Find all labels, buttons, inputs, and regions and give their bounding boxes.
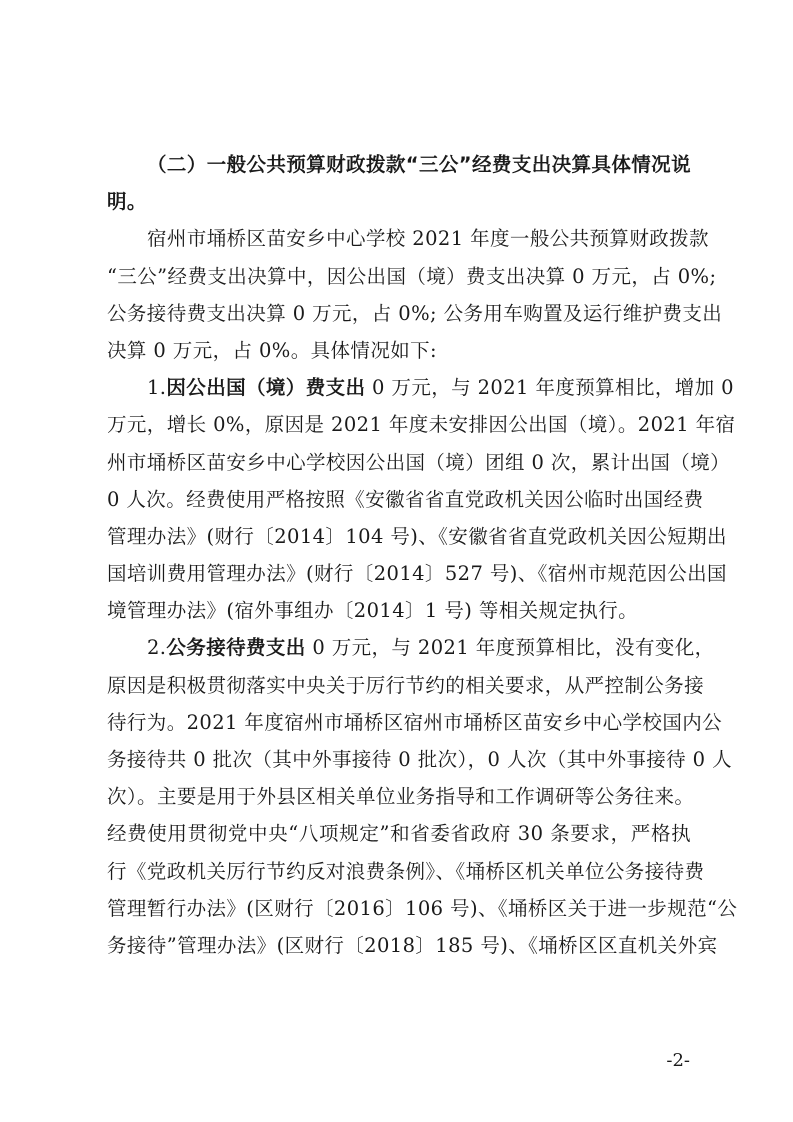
document-page: （二）一般公共预算财政拨款“三公”经费支出决算具体情况说 明。 宿州市埇桥区苗安… [107, 146, 691, 964]
item1-number: 1. [147, 376, 166, 399]
item2-title: 公务接待费支出 [166, 636, 305, 659]
item2-first-line-text: 0 万元，与 2021 年度预算相比，没有变化， [306, 636, 715, 659]
item2-line-9: 务接待”管理办法》(区财行〔2018〕185 号)、《埇桥区区直机关外宾 [107, 927, 691, 964]
item2-first-line: 2.公务接待费支出 0 万元，与 2021 年度预算相比，没有变化， [107, 629, 691, 666]
section-heading-line-2: 明。 [107, 183, 691, 220]
summary-line-1: 宿州市埇桥区苗安乡中心学校 2021 年度一般公共预算财政拨款 [107, 220, 691, 257]
item1-line-2: 万元，增长 0%，原因是 2021 年度未安排因公出国（境）。2021 年宿 [107, 406, 691, 443]
item1-first-line: 1.因公出国（境）费支出 0 万元，与 2021 年度预算相比，增加 0 [107, 369, 691, 406]
summary-line-2: “三公”经费支出决算中，因公出国（境）费支出决算 0 万元，占 0%; [107, 258, 691, 295]
item1-line-5: 管理办法》(财行〔2014〕104 号)、《安徽省省直党政机关因公短期出 [107, 518, 691, 555]
item1-first-line-text: 0 万元，与 2021 年度预算相比，增加 0 [365, 376, 734, 399]
summary-line-4: 决算 0 万元，占 0%。具体情况如下: [107, 332, 691, 369]
section-heading-line-1: （二）一般公共预算财政拨款“三公”经费支出决算具体情况说 [107, 146, 691, 183]
item2-line-7: 行《党政机关厉行节约反对浪费条例》、《埇桥区机关单位公务接待费 [107, 853, 691, 890]
page-number: -2- [666, 1050, 690, 1071]
item2-line-6: 经费使用贯彻党中央“八项规定”和省委省政府 30 条要求，严格执 [107, 815, 691, 852]
item1-line-4: 0 人次。经费使用严格按照《安徽省省直党政机关因公临时出国经费 [107, 481, 691, 518]
item2-number: 2. [147, 636, 166, 659]
item2-line-8: 管理暂行办法》(区财行〔2016〕106 号)、《埇桥区关于进一步规范“公 [107, 890, 691, 927]
summary-line-3: 公务接待费支出决算 0 万元，占 0%; 公务用车购置及运行维护费支出 [107, 295, 691, 332]
item2-line-2: 原因是积极贯彻落实中央关于厉行节约的相关要求，从严控制公务接 [107, 667, 691, 704]
item1-line-7: 境管理办法》(宿外事组办〔2014〕1 号) 等相关规定执行。 [107, 592, 691, 629]
item2-line-3: 待行为。2021 年度宿州市埇桥区宿州市埇桥区苗安乡中心学校国内公 [107, 704, 691, 741]
item1-line-3: 州市埇桥区苗安乡中心学校因公出国（境）团组 0 次，累计出国（境） [107, 444, 691, 481]
item1-line-6: 国培训费用管理办法》(财行〔2014〕527 号)、《宿州市规范因公出国 [107, 555, 691, 592]
item2-line-5: 次）。主要是用于外县区相关单位业务指导和工作调研等公务往来。 [107, 778, 691, 815]
item1-title: 因公出国（境）费支出 [166, 376, 365, 399]
item2-line-4: 务接待共 0 批次（其中外事接待 0 批次），0 人次（其中外事接待 0 人 [107, 741, 691, 778]
